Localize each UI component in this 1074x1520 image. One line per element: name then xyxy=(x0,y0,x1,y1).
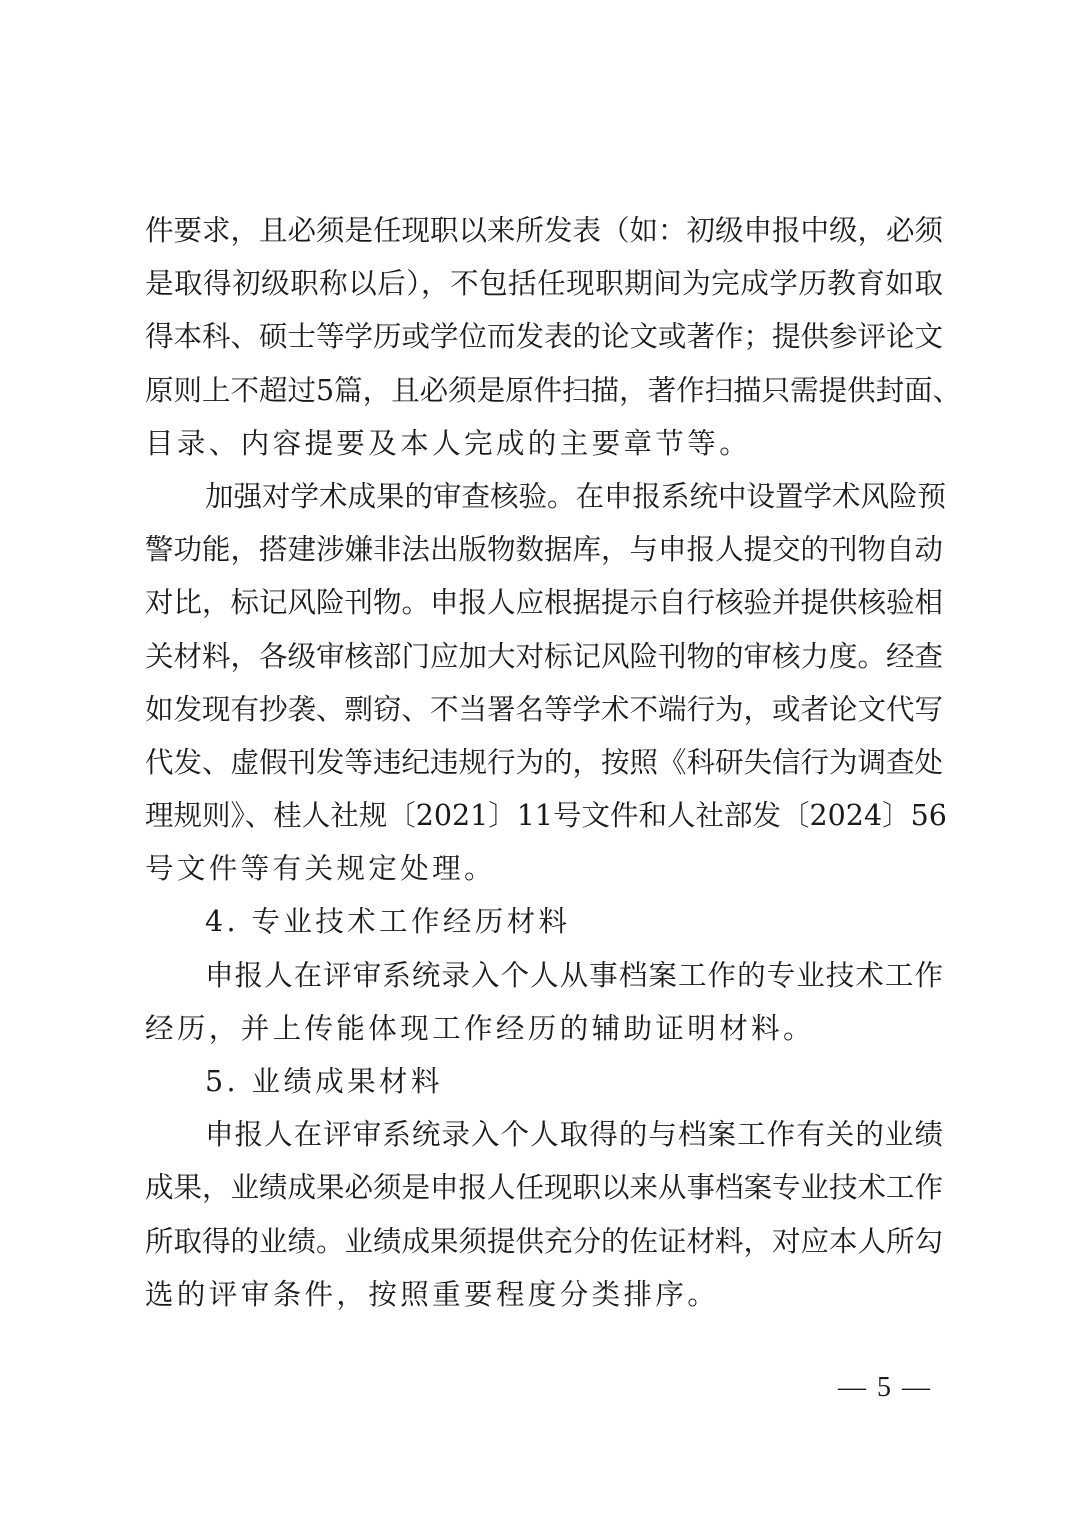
text-line: 是取得初级职称以后），不包括任现职期间为完成学历教育如取 xyxy=(145,257,943,310)
text-line: 关材料，各级审核部门应加大对标记风险刊物的审核力度。经查 xyxy=(145,630,943,683)
text-line: 成果，业绩成果必须是申报人任现职以来从事档案专业技术工作 xyxy=(145,1161,943,1214)
paragraph-start-line: 加强对学术成果的审查核验。在申报系统中设置学术风险预 xyxy=(145,470,943,523)
text-line: 目录、内容提要及本人完成的主要章节等。 xyxy=(145,417,943,470)
text-line: 如发现有抄袭、剽窃、不当署名等学术不端行为，或者论文代写 xyxy=(145,683,943,736)
page-number: — 5 — xyxy=(838,1372,932,1404)
text-line: 号文件等有关规定处理。 xyxy=(145,842,943,895)
text-line: 所取得的业绩。业绩成果须提供充分的佐证材料，对应本人所勾 xyxy=(145,1215,943,1268)
text-line: 警功能，搭建涉嫌非法出版物数据库，与申报人提交的刊物自动 xyxy=(145,523,943,576)
text-line: 原则上不超过5篇，且必须是原件扫描，著作扫描只需提供封面、 xyxy=(145,364,943,417)
text-line: 理规则》、桂人社规〔2021〕11号文件和人社部发〔2024〕56 xyxy=(145,789,943,842)
document-body: 件要求，且必须是任现职以来所发表（如：初级申报中级，必须 是取得初级职称以后），… xyxy=(145,204,943,1321)
text-line: 得本科、硕士等学历或学位而发表的论文或著作；提供参评论文 xyxy=(145,310,943,363)
text-line: 经历，并上传能体现工作经历的辅助证明材料。 xyxy=(145,1002,943,1055)
text-line: 件要求，且必须是任现职以来所发表（如：初级申报中级，必须 xyxy=(145,204,943,257)
section-heading-5: 5. 业绩成果材料 xyxy=(145,1055,943,1108)
text-line: 对比，标记风险刊物。申报人应根据提示自行核验并提供核验相 xyxy=(145,576,943,629)
paragraph-start-line: 申报人在评审系统录入个人从事档案工作的专业技术工作 xyxy=(145,949,943,1002)
text-line: 代发、虚假刊发等违纪违规行为的，按照《科研失信行为调查处 xyxy=(145,736,943,789)
paragraph-start-line: 申报人在评审系统录入个人取得的与档案工作有关的业绩 xyxy=(145,1108,943,1161)
section-heading-4: 4. 专业技术工作经历材料 xyxy=(145,895,943,948)
text-line: 选的评审条件，按照重要程度分类排序。 xyxy=(145,1268,943,1321)
